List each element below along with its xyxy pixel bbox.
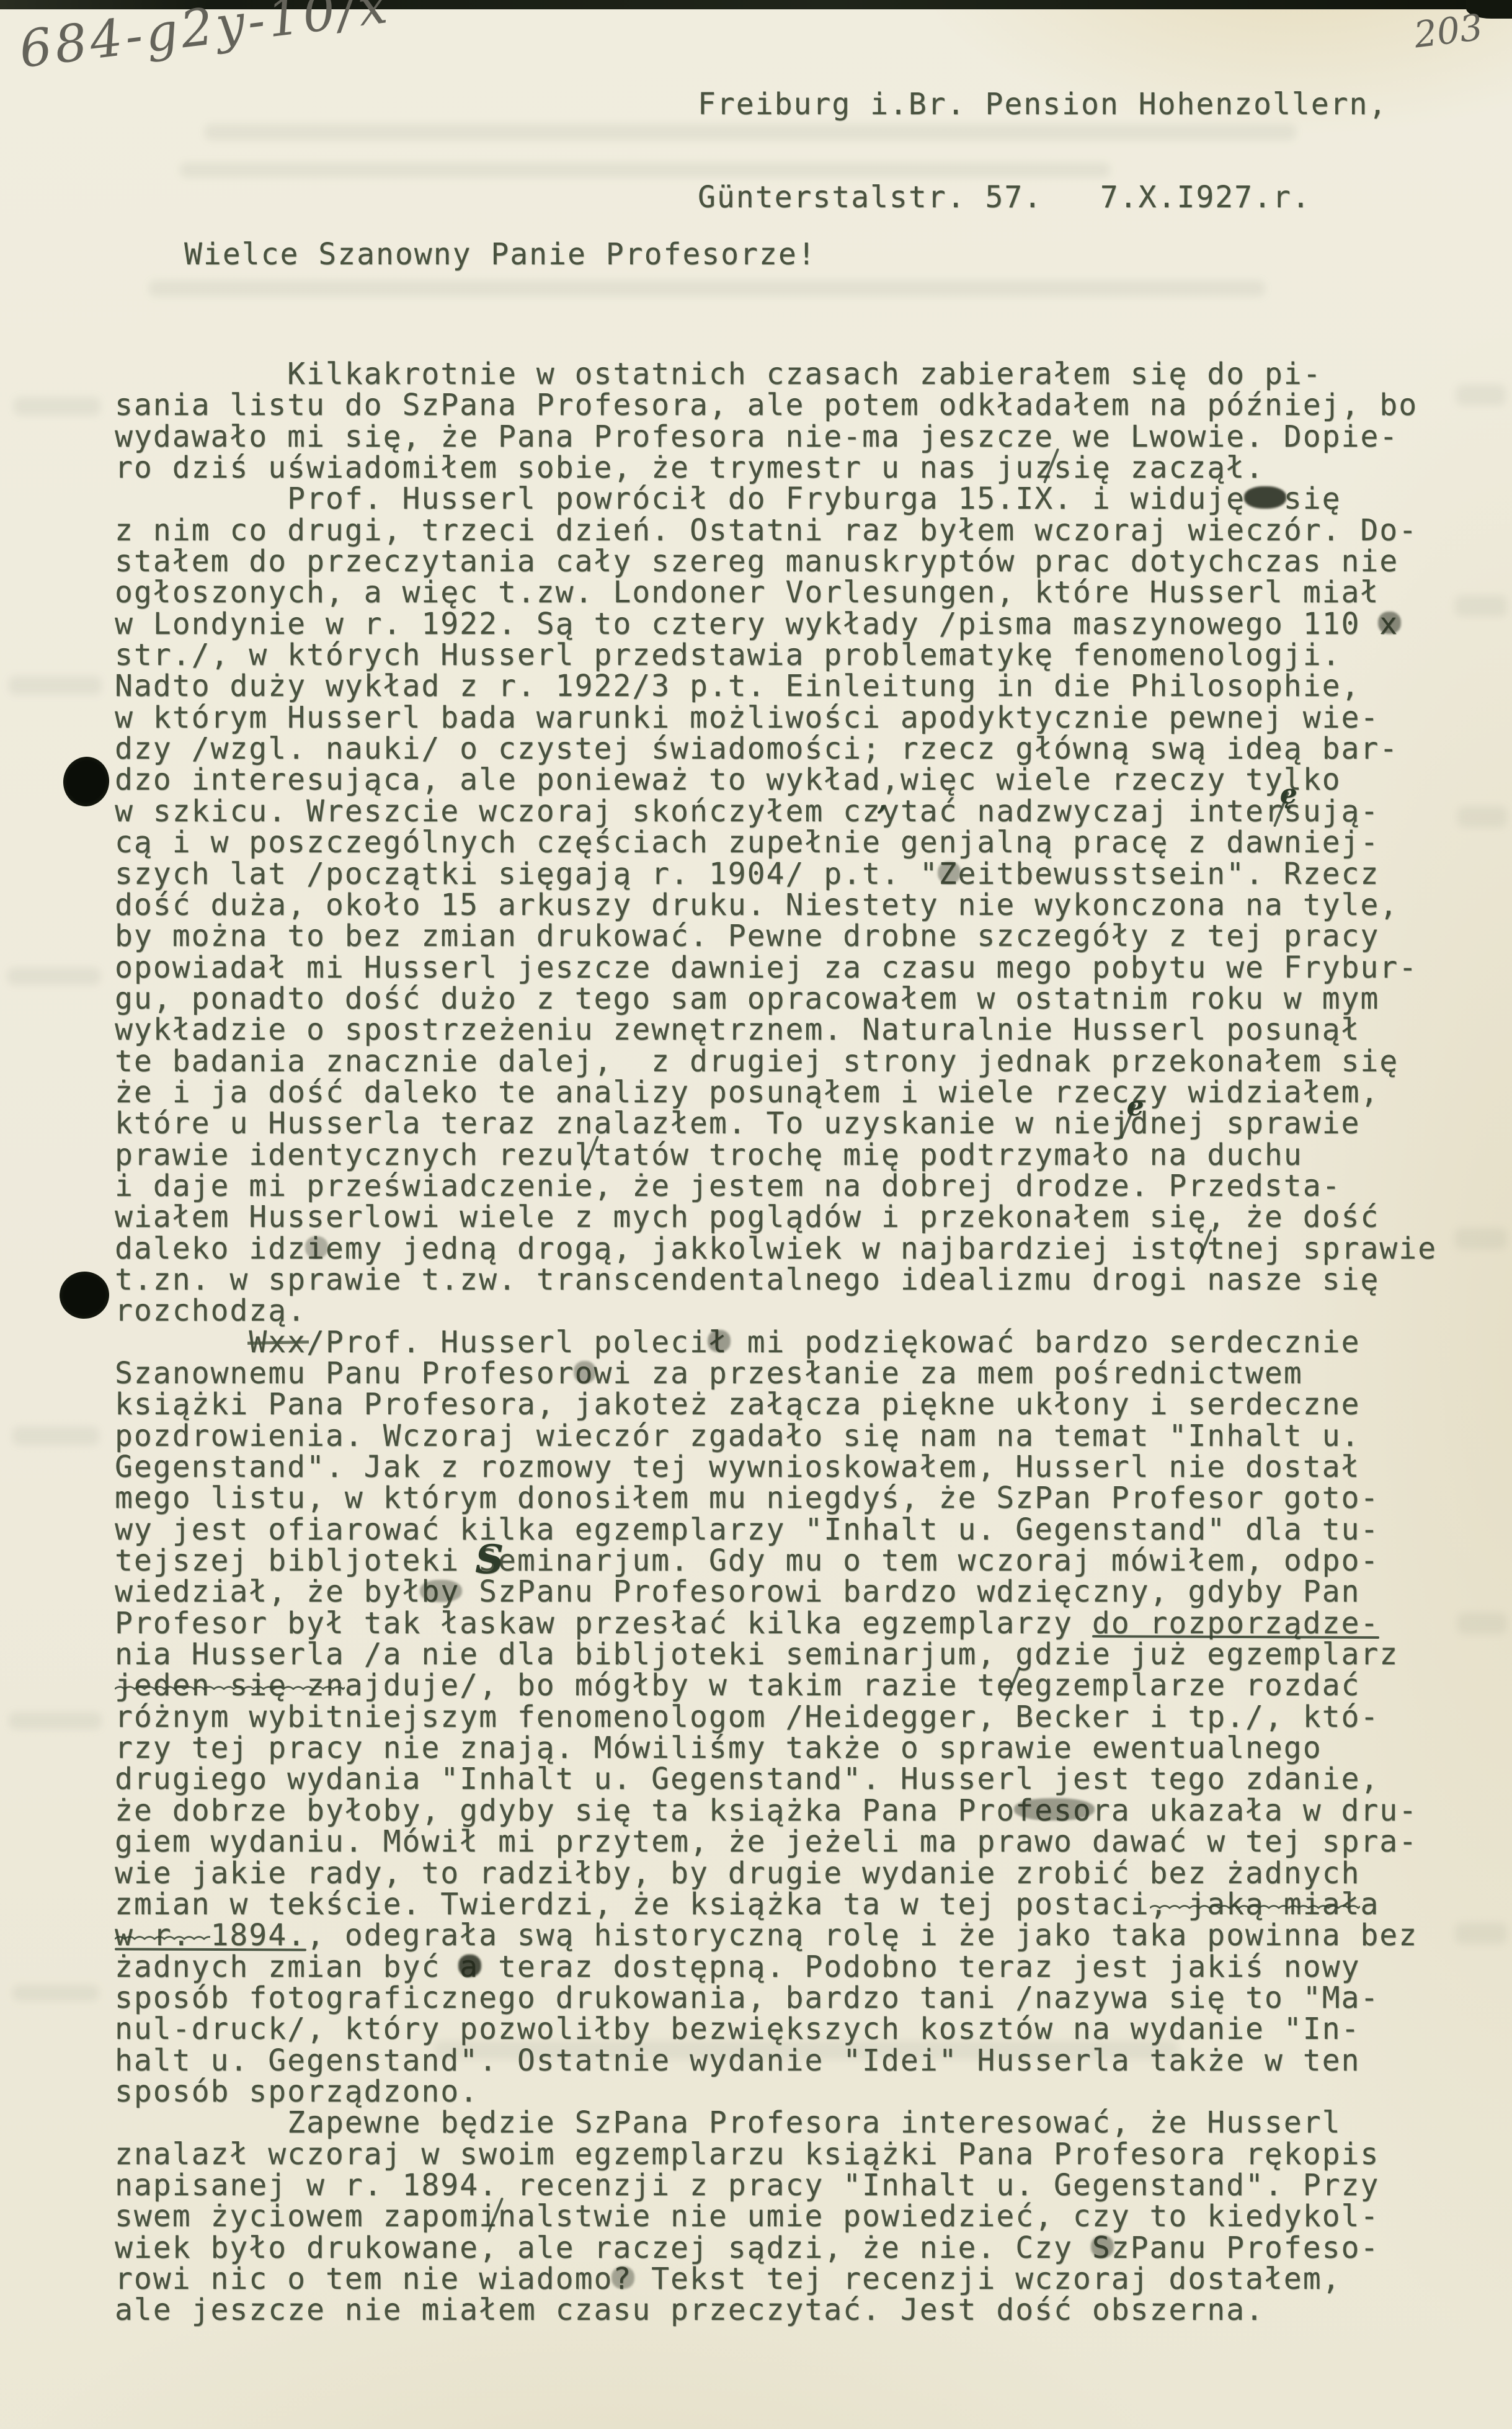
annotation-smudge <box>305 1236 328 1259</box>
annotation-smudge <box>1378 612 1401 634</box>
header-date-line: Günterstalstr. 57. 7.X.I927.r. <box>698 182 1387 213</box>
annotation-wavy <box>1150 1884 1361 1890</box>
annotation-strike <box>247 1340 309 1345</box>
bleed-through <box>14 397 100 416</box>
annotation-slash <box>1005 1666 1021 1701</box>
annotation-slash <box>583 1135 599 1170</box>
annotation-smudge <box>420 1580 462 1602</box>
annotation-underline <box>1092 1635 1379 1639</box>
annotation-smudge <box>938 862 961 884</box>
bleed-through <box>149 280 1265 296</box>
header-location-line: Freiburg i.Br. Pension Hohenzollern, <box>698 89 1387 120</box>
salutation: Wielce Szanowny Panie Profesorze! <box>184 237 817 272</box>
bleed-through <box>9 676 102 695</box>
annotation-smudge <box>1244 486 1286 509</box>
annotation-underline <box>115 1948 306 1951</box>
bleed-through <box>12 1427 99 1445</box>
annotation-wavy <box>115 1665 345 1671</box>
annotation-layer: ,ęeS <box>115 359 1437 2326</box>
annotation-smudge <box>574 1361 597 1383</box>
bleed-through <box>9 1712 102 1729</box>
handwritten-page-number: 203 <box>1412 6 1485 56</box>
bleed-through <box>1455 1923 1507 1944</box>
annotation-smudge <box>708 1330 731 1352</box>
bleed-through <box>7 968 100 985</box>
hole-punch-bottom <box>57 1269 112 1321</box>
hole-punch-top <box>60 754 112 809</box>
bleed-through <box>1455 1228 1507 1249</box>
scanned-letter-page: 684-g2y-10/x 203 Freiburg i.Br. Pension … <box>0 0 1512 2429</box>
annotation-smudge <box>611 2266 634 2289</box>
bleed-through <box>1456 385 1506 406</box>
annotation-smudge <box>1091 2235 1114 2258</box>
handwritten-archival-note: 684-g2y-10/x <box>16 0 393 79</box>
annotation-insert: S <box>475 1536 505 1583</box>
annotation-slash <box>487 2197 504 2232</box>
bleed-through <box>1457 806 1507 827</box>
annotation-smudge <box>1014 1798 1095 1821</box>
annotation-insert: , <box>878 785 888 816</box>
bleed-through <box>1457 1613 1507 1634</box>
annotation-slash <box>1196 1229 1212 1264</box>
letter-body: ,ęeS Kilkakrotnie w ostatnich czasach za… <box>115 359 1437 2326</box>
annotation-slash <box>1043 448 1059 483</box>
annotation-wavy <box>115 1915 210 1921</box>
annotation-smudge <box>458 1954 481 1977</box>
bleed-through <box>1455 595 1507 617</box>
bleed-through <box>12 1985 99 2001</box>
